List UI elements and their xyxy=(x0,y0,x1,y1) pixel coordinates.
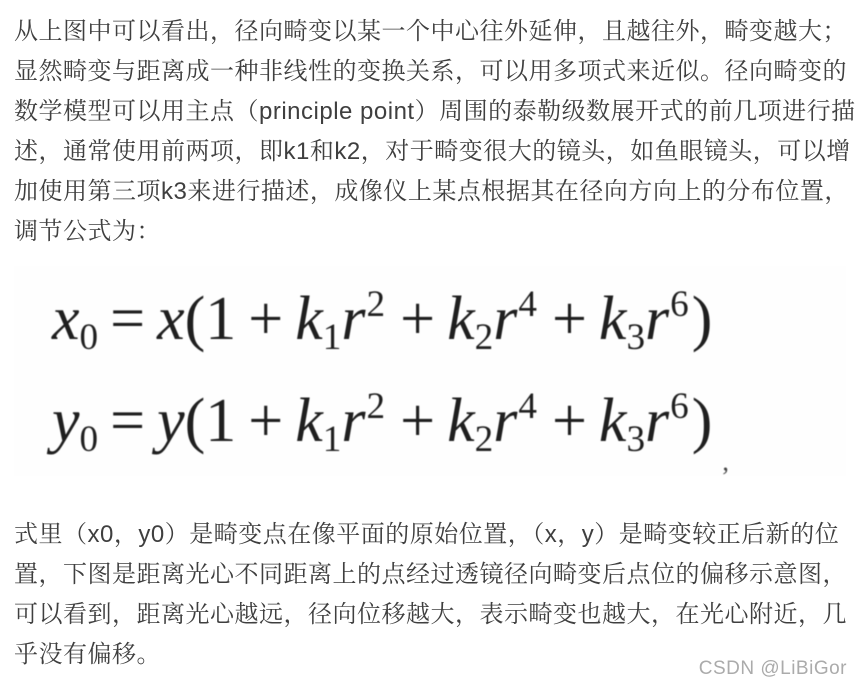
formula-token: 3 xyxy=(626,319,645,356)
paragraph-distortion-model: 从上图中可以看出，径向畸变以某一个中心往外延伸，且越往外，畸变越大； 显然畸变与… xyxy=(14,12,846,252)
formula-token: (1 xyxy=(185,282,237,356)
formula-token: = xyxy=(110,384,145,458)
formula-line-x0: x0=x(1+k1r2+k2r4+k3r6) xyxy=(52,282,846,356)
formula-token: r xyxy=(645,384,669,458)
text-line: 从上图中可以看出，径向畸变以某一个中心往外延伸，且越往外，畸变越大； xyxy=(14,12,846,52)
text-line: 可以看到，距离光心越远，径向位移越大，表示畸变也越大，在光心附近，几 xyxy=(14,595,846,635)
formula-token: k xyxy=(599,282,627,356)
formula-token: 2 xyxy=(475,319,494,356)
text-line: 显然畸变与距离成一种非线性的变换关系，可以用多项式来近似。径向畸变的 xyxy=(14,52,846,92)
formula-token: 2 xyxy=(475,421,494,458)
text-line: 置，下图是距离光心不同距离上的点经过透镜径向畸变后点位的偏移示意图， xyxy=(14,555,846,595)
formula-token: + xyxy=(552,282,587,356)
text-line: 数学模型可以用主点（principle point）周围的泰勒级数展开式的前几项… xyxy=(14,92,846,132)
formula-token: 6 xyxy=(670,286,689,323)
formula-token: + xyxy=(248,384,283,458)
formula-token: ) xyxy=(692,282,713,356)
formula-token: x xyxy=(52,282,80,356)
formula-token: k xyxy=(447,384,475,458)
text-line: 调节公式为： xyxy=(14,212,846,252)
formula-token: r xyxy=(341,384,365,458)
formula-token: + xyxy=(552,384,587,458)
formula-token: + xyxy=(400,282,435,356)
csdn-watermark: CSDN @LiBiGor xyxy=(699,658,847,680)
paragraph-explanation: 式里（x0，y0）是畸变点在像平面的原始位置，（x，y）是畸变较正后新的位 置，… xyxy=(14,515,846,675)
formula-token: 2 xyxy=(367,286,386,323)
formula-token: 0 xyxy=(80,319,99,356)
formula-image[interactable]: x0=x(1+k1r2+k2r4+k3r6) y0=y(1+k1r2+k2r4+… xyxy=(14,266,846,476)
text-line: 述，通常使用前两项，即k1和k2，对于畸变很大的镜头，如鱼眼镜头，可以增 xyxy=(14,132,846,172)
formula-token: 1 xyxy=(323,319,342,356)
formula-token: + xyxy=(400,384,435,458)
formula-token: r xyxy=(493,282,517,356)
formula-token: 1 xyxy=(323,421,342,458)
formula-token: r xyxy=(341,282,365,356)
formula-token: 3 xyxy=(626,421,645,458)
formula-token: x xyxy=(157,282,185,356)
formula-token: k xyxy=(447,282,475,356)
formula-token: + xyxy=(248,282,283,356)
formula-token: k xyxy=(295,384,323,458)
formula-token: 4 xyxy=(518,286,537,323)
formula-token: , xyxy=(722,425,729,499)
formula-token: y xyxy=(157,384,185,458)
formula-token: (1 xyxy=(185,384,237,458)
text-line: 加使用第三项k3来进行描述，成像仪上某点根据其在径向方向上的分布位置， xyxy=(14,172,846,212)
formula-line-y0: y0=y(1+k1r2+k2r4+k3r6), xyxy=(52,384,846,458)
formula-token: k xyxy=(295,282,323,356)
formula-token: = xyxy=(110,282,145,356)
formula-token: 0 xyxy=(80,421,99,458)
formula-token: 2 xyxy=(367,388,386,425)
formula-token: y xyxy=(52,384,80,458)
formula-token: ) xyxy=(692,384,713,458)
article-content: 从上图中可以看出，径向畸变以某一个中心往外延伸，且越往外，畸变越大； 显然畸变与… xyxy=(0,0,860,689)
text-line: 式里（x0，y0）是畸变点在像平面的原始位置，（x，y）是畸变较正后新的位 xyxy=(14,515,846,555)
formula-token: 4 xyxy=(518,388,537,425)
formula-token: k xyxy=(599,384,627,458)
formula-token: r xyxy=(493,384,517,458)
formula-token: 6 xyxy=(670,388,689,425)
formula-token: r xyxy=(645,282,669,356)
